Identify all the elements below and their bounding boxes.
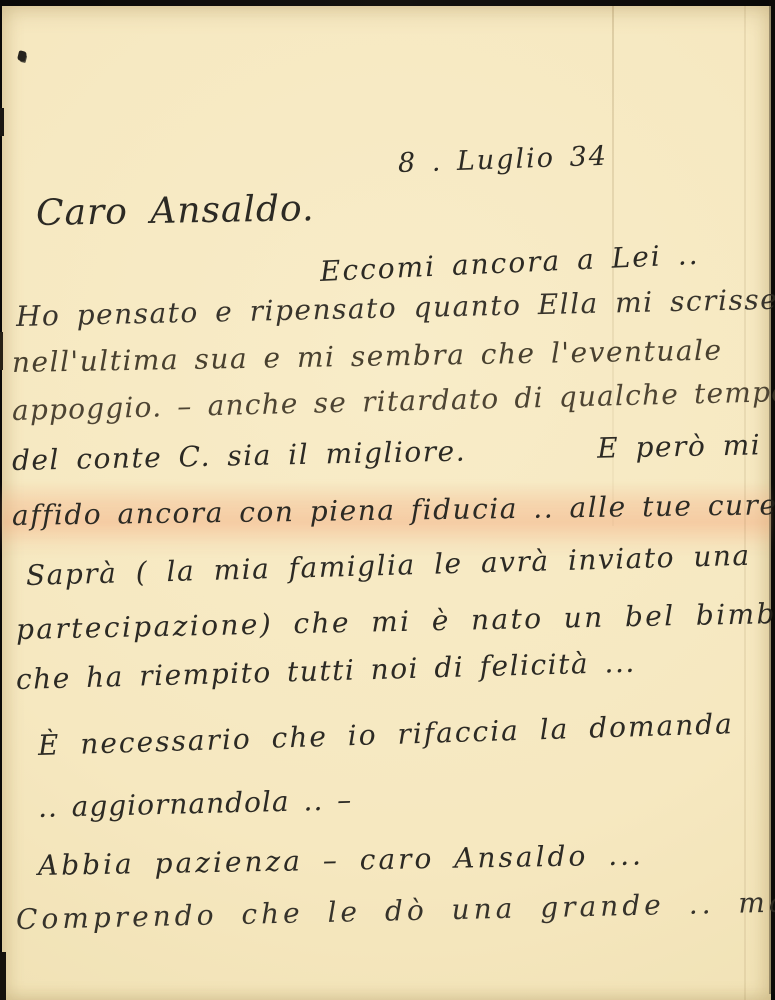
scan-edge-artifact xyxy=(0,108,4,136)
letter-line: Ho pensato e ripensato quanto Ella mi sc… xyxy=(16,286,775,331)
letter-line: Abbia pazienza – caro Ansaldo ... xyxy=(38,841,644,880)
scan-edge-artifact xyxy=(0,332,3,370)
letter-date: 8 . Luglio 34 xyxy=(398,143,609,177)
ink-blot-mark xyxy=(17,50,27,62)
scan-edge-artifact xyxy=(769,0,775,994)
letter-line: Eccomi ancora a Lei .. xyxy=(319,241,700,286)
scanned-letter: 8 . Luglio 34 Caro Ansaldo. Eccomi ancor… xyxy=(0,0,775,1000)
letter-page: 8 . Luglio 34 Caro Ansaldo. Eccomi ancor… xyxy=(2,6,771,1000)
letter-line: Comprendo che le dò una grande .. ma xyxy=(16,888,775,934)
scan-edge-artifact xyxy=(0,952,6,1000)
letter-line: affido ancora con piena fiducia .. alle … xyxy=(12,491,775,530)
letter-line: Saprà ( la mia famiglia le avrà inviato … xyxy=(26,542,751,590)
letter-line: È necessario che io rifaccia la domanda xyxy=(38,710,735,760)
letter-line: appoggio. – anche se ritardato di qualch… xyxy=(12,377,775,425)
letter-line: che ha riempito tutti noi di felicità ..… xyxy=(16,649,636,694)
letter-line: partecipazione) che mi è nato un bel bim… xyxy=(16,600,775,644)
letter-line: .. aggiornandola .. – xyxy=(38,786,353,822)
letter-line: del conte C. sia il migliore. E però mi xyxy=(12,431,762,475)
letter-salutation: Caro Ansaldo. xyxy=(36,191,315,232)
letter-line: nell'ultima sua e mi sembra che l'eventu… xyxy=(12,337,723,377)
